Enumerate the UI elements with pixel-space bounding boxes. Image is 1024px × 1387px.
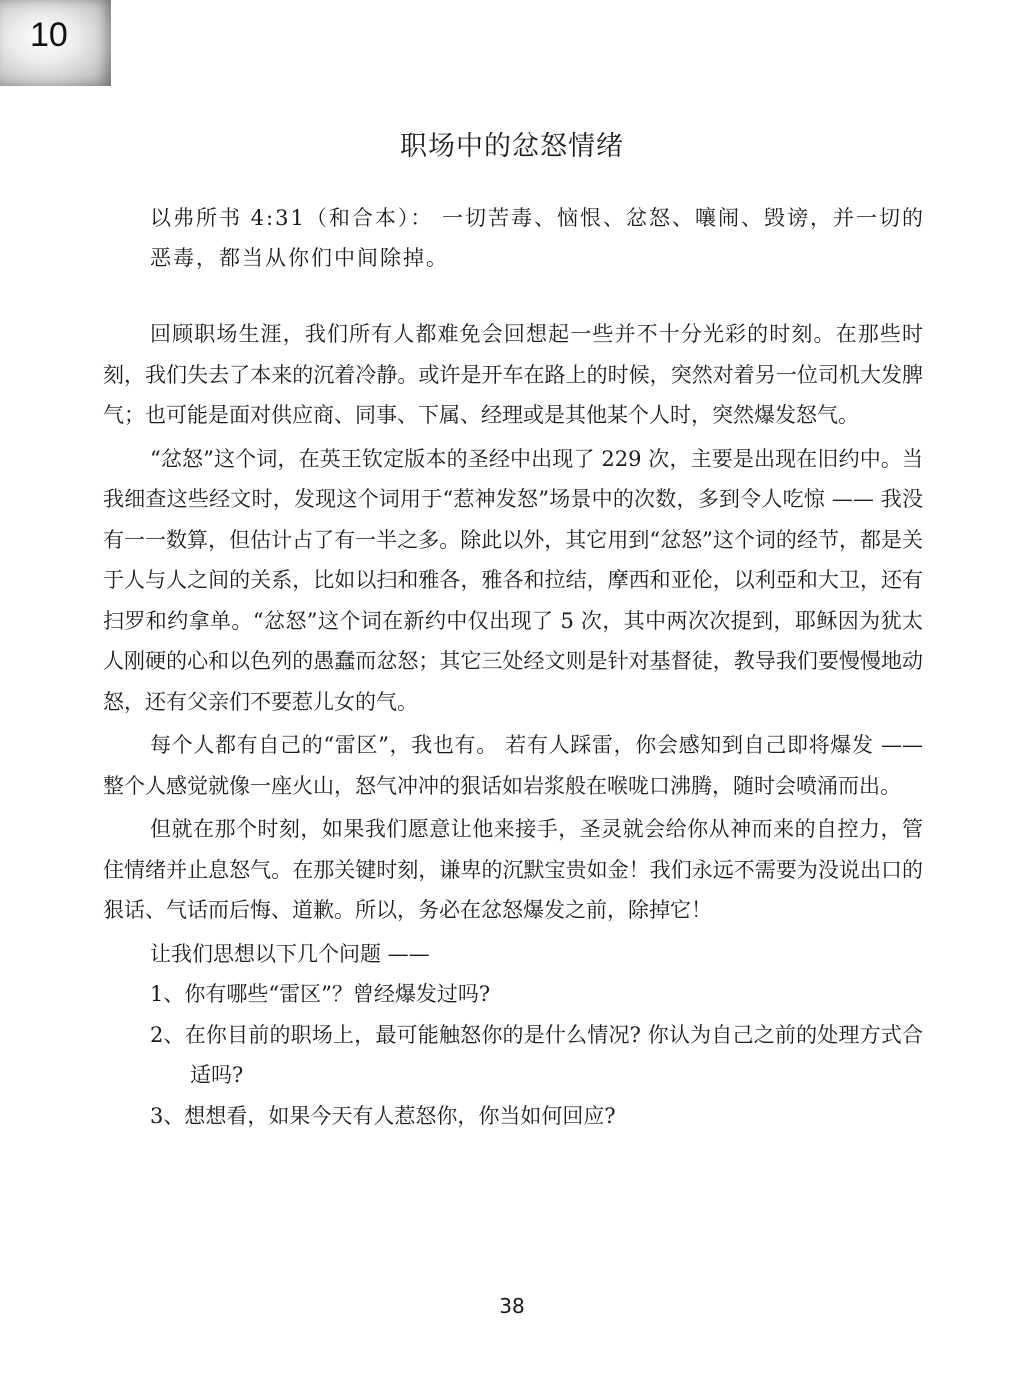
question-item: 2、在你目前的职场上，最可能触怒你的是什么情况? 你认为自己之前的处理方式合适吗…: [103, 1015, 923, 1096]
question-item: 1、你有哪些“雷区”？曾经爆发过吗?: [103, 974, 923, 1015]
body-text: 回顾职场生涯，我们所有人都难免会回想起一些并不十分光彩的时刻。在那些时刻，我们失…: [103, 314, 923, 1136]
paragraph: “忿怒”这个词，在英王钦定版本的圣经中出现了 229 次，主要是出现在旧约中。当…: [103, 439, 923, 723]
question-item: 3、想想看，如果今天有人惹怒你，你当如何回应?: [103, 1096, 923, 1137]
page-number: 38: [0, 1294, 1024, 1318]
paragraph: 回顾职场生涯，我们所有人都难免会回想起一些并不十分光彩的时刻。在那些时刻，我们失…: [103, 314, 923, 436]
paragraph: 每个人都有自己的“雷区”，我也有。 若有人踩雷，你会感知到自己即将爆发 —— 整…: [103, 725, 923, 806]
paragraph: 但就在那个时刻，如果我们愿意让他来接手，圣灵就会给你从神而来的自控力，管住情绪并…: [103, 809, 923, 931]
chapter-tab: 10: [0, 0, 111, 86]
page-title: 职场中的忿怒情绪: [0, 124, 1024, 163]
chapter-number: 10: [30, 16, 68, 55]
question-list: 1、你有哪些“雷区”？曾经爆发过吗? 2、在你目前的职场上，最可能触怒你的是什么…: [103, 974, 923, 1136]
scripture-verse: 以弗所书 4:31（和合本）： 一切苦毒、恼恨、忿怒、嚷闹、毁谤，并一切的恶毒，…: [150, 198, 930, 278]
questions-intro: 让我们思想以下几个问题 ——: [103, 934, 923, 975]
